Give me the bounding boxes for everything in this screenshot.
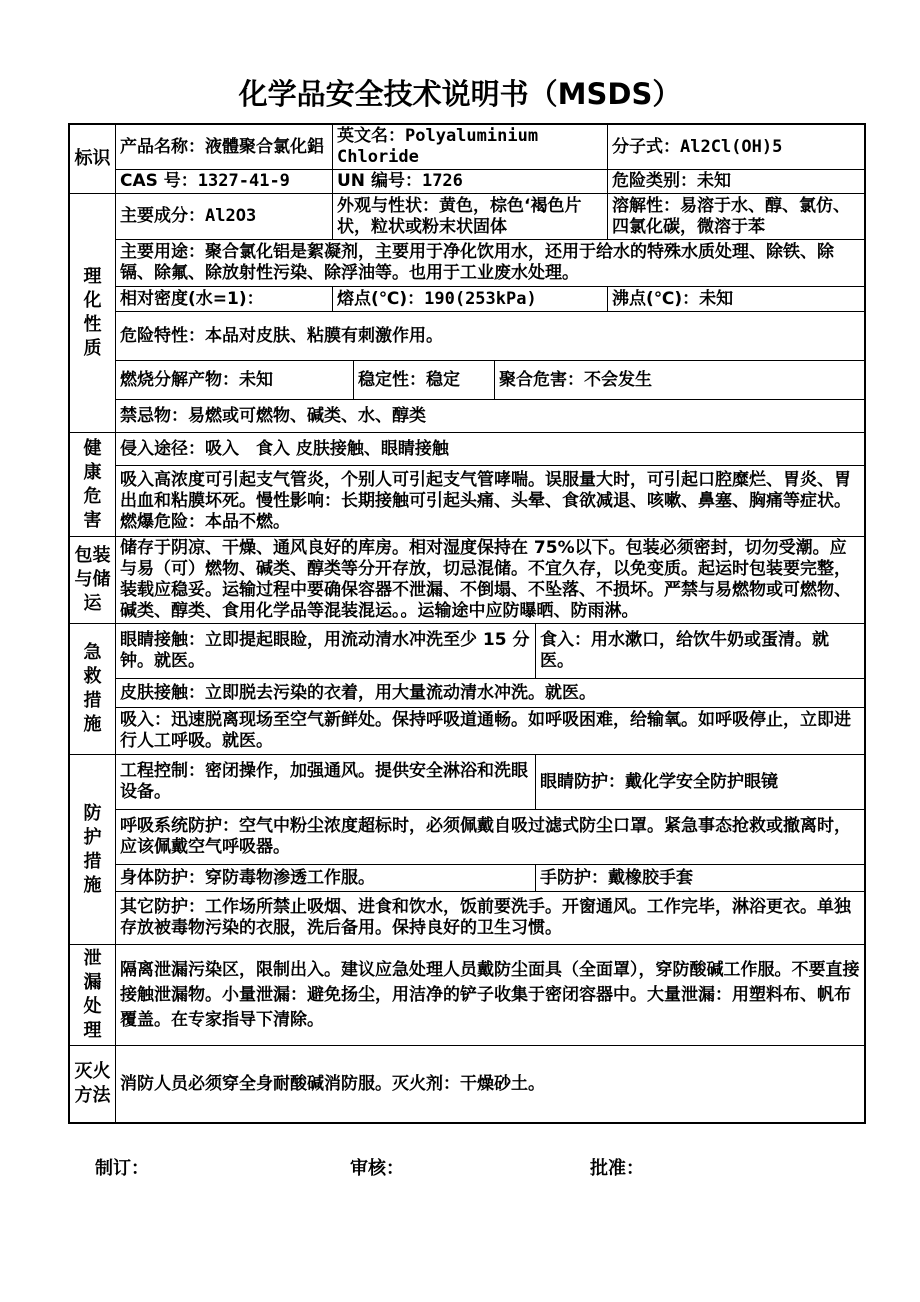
main-component-value: Al2O3: [205, 206, 256, 226]
decomposition-cell: 燃烧分解产物：未知: [116, 361, 354, 399]
product-name-cell: 产品名称：液體聚合氯化鋁: [116, 125, 333, 169]
melting-point-value: 190(253kPa): [424, 289, 537, 309]
physical-row-constants: 相对密度(水=1)： 熔点(℃)：190(253kPa) 沸点(℃)：未知: [116, 287, 864, 312]
section-label-fire-fighting: 灭火 方法: [70, 1046, 116, 1122]
storage-content: 储存于阴凉、干燥、通风良好的库房。相对湿度保持在 75%以下。包装必须密封，切勿…: [116, 537, 864, 623]
first-aid-row-2: 皮肤接触：立即脱去污染的衣着，用大量流动清水冲洗。就医。: [116, 679, 864, 708]
protection-row-3: 身体防护：穿防毒物渗透工作服。 手防护：戴橡胶手套: [116, 865, 864, 892]
physical-row-composition: 主要成分：Al2O3 外观与性状：黄色，棕色‘褐色片状，粒状或粉末状固体 溶解性…: [116, 194, 864, 240]
health-content: 侵入途径：吸入 食入 皮肤接触、眼睛接触 吸入高浓度可引起支气管炎，个别人可引起…: [116, 433, 864, 536]
section-label-physical: 理 化 性 质: [70, 194, 116, 432]
physical-row-incompatibles: 禁忌物：易燃或可燃物、碱类、水、醇类: [116, 400, 864, 432]
effects-cell: 吸入高浓度可引起支气管炎，个别人可引起支气管哮喘。误服量大时，可引起口腔糜烂、胃…: [116, 466, 864, 536]
body-protection-cell: 身体防护：穿防毒物渗透工作服。: [116, 865, 536, 891]
respiratory-protection-cell: 呼吸系统防护：空气中粉尘浓度超标时，必须佩戴自吸过滤式防尘口罩。紧急事态抢救或撤…: [116, 810, 864, 864]
boiling-point-value: 未知: [699, 289, 733, 309]
leakage-content: 隔离泄漏污染区，限制出入。建议应急处理人员戴防尘面具（全面罩），穿防酸碱工作服。…: [116, 945, 864, 1045]
engineering-control-cell: 工程控制：密闭操作，加强通风。提供安全淋浴和洗眼设备。: [116, 755, 536, 809]
section-physical-properties: 理 化 性 质 主要成分：Al2O3 外观与性状：黄色，棕色‘褐色片状，粒状或粉…: [70, 194, 864, 433]
relative-density-label: 相对密度(水=1)：: [120, 289, 264, 309]
health-row-effects: 吸入高浓度可引起支气管炎，个别人可引起支气管哮喘。误服量大时，可引起口腔糜烂、胃…: [116, 466, 864, 536]
english-name-label: 英文名：: [337, 126, 405, 146]
section-label-identification: 标识: [70, 125, 116, 193]
section-health-hazards: 健 康 危 害 侵入途径：吸入 食入 皮肤接触、眼睛接触 吸入高浓度可引起支气管…: [70, 433, 864, 537]
inhalation-cell: 吸入：迅速脱离现场至空气新鲜处。保持呼吸道通畅。如呼吸困难，给输氧。如呼吸停止，…: [116, 708, 864, 754]
fire-fighting-text-cell: 消防人员必须穿全身耐酸碱消防服。灭火剂：干燥砂土。: [116, 1046, 864, 1122]
first-aid-row-3: 吸入：迅速脱离现场至空气新鲜处。保持呼吸道通畅。如呼吸困难，给输氧。如呼吸停止，…: [116, 708, 864, 754]
stability-cell: 稳定性：稳定: [354, 361, 495, 399]
leakage-row: 隔离泄漏污染区，限制出入。建议应急处理人员戴防尘面具（全面罩），穿防酸碱工作服。…: [116, 945, 864, 1045]
melting-point-cell: 熔点(℃)：190(253kPa): [333, 287, 608, 311]
un-value: 1726: [422, 171, 463, 191]
storage-row: 储存于阴凉、干燥、通风良好的库房。相对湿度保持在 75%以下。包装必须密封，切勿…: [116, 537, 864, 623]
physical-row-stability: 燃烧分解产物：未知 稳定性：稳定 聚合危害：不会发生: [116, 361, 864, 400]
physical-content: 主要成分：Al2O3 外观与性状：黄色，棕色‘褐色片状，粒状或粉末状固体 溶解性…: [116, 194, 864, 432]
polymerization-cell: 聚合危害：不会发生: [495, 361, 864, 399]
boiling-point-label: 沸点(℃)：: [612, 289, 699, 309]
solubility-cell: 溶解性：易溶于水、醇、氯仿、四氯化碳，微溶于苯: [608, 194, 864, 239]
section-first-aid: 急 救 措 施 眼睛接触：立即提起眼睑，用流动清水冲洗至少 15 分钟。就医。 …: [70, 624, 864, 755]
protection-row-1: 工程控制：密闭操作，加强通风。提供安全淋浴和洗眼设备。 眼睛防护：戴化学安全防护…: [116, 755, 864, 810]
section-label-storage: 包装 与储 运: [70, 537, 116, 623]
protection-row-2: 呼吸系统防护：空气中粉尘浓度超标时，必须佩戴自吸过滤式防尘口罩。紧急事态抢救或撤…: [116, 810, 864, 865]
relative-density-cell: 相对密度(水=1)：: [116, 287, 333, 311]
hazard-traits-cell: 危险特性：本品对皮肤、粘膜有刺激作用。: [116, 312, 864, 360]
section-leakage: 泄 漏 处 理 隔离泄漏污染区，限制出入。建议应急处理人员戴防尘面具（全面罩），…: [70, 945, 864, 1046]
melting-point-label: 熔点(℃)：: [337, 289, 424, 309]
first-aid-row-1: 眼睛接触：立即提起眼睑，用流动清水冲洗至少 15 分钟。就医。 食入：用水漱口，…: [116, 624, 864, 679]
formula-label: 分子式：: [612, 137, 680, 157]
fire-risk-text: 燃爆危险：本品不燃。: [120, 512, 860, 533]
section-protection: 防 护 措 施 工程控制：密闭操作，加强通风。提供安全淋浴和洗眼设备。 眼睛防护…: [70, 755, 864, 945]
footer-review-label: 审核：: [350, 1154, 590, 1180]
boiling-point-cell: 沸点(℃)：未知: [608, 287, 864, 311]
identification-row-2: CAS 号：1327-41-9 UN 编号：1726 危险类别：未知: [116, 170, 864, 193]
main-component-label: 主要成分：: [120, 206, 205, 226]
signature-footer: 制订： 审核： 批准：: [95, 1154, 920, 1180]
health-row-routes: 侵入途径：吸入 食入 皮肤接触、眼睛接触: [116, 433, 864, 466]
hazard-class-label: 危险类别：: [612, 171, 697, 191]
un-label: UN 编号：: [337, 171, 422, 191]
protection-content: 工程控制：密闭操作，加强通风。提供安全淋浴和洗眼设备。 眼睛防护：戴化学安全防护…: [116, 755, 864, 944]
section-packaging-storage: 包装 与储 运 储存于阴凉、干燥、通风良好的库房。相对湿度保持在 75%以下。包…: [70, 537, 864, 624]
fire-fighting-content: 消防人员必须穿全身耐酸碱消防服。灭火剂：干燥砂土。: [116, 1046, 864, 1122]
routes-cell: 侵入途径：吸入 食入 皮肤接触、眼睛接触: [116, 433, 864, 465]
physical-row-main-use: 主要用途：聚合氯化铝是絮凝剂，主要用于净化饮用水，还用于给水的特殊水质处理、除铁…: [116, 240, 864, 287]
msds-table: 标识 产品名称：液體聚合氯化鋁 英文名：Polyaluminium Chlori…: [68, 123, 866, 1124]
hand-protection-cell: 手防护：戴橡胶手套: [536, 865, 864, 891]
appearance-cell: 外观与性状：黄色，棕色‘褐色片状，粒状或粉末状固体: [333, 194, 608, 239]
cas-label: CAS 号：: [120, 171, 198, 191]
other-protection-cell: 其它防护：工作场所禁止吸烟、进食和饮水，饭前要洗手。开窗通风。工作完毕，淋浴更衣…: [116, 892, 864, 944]
fire-fighting-row: 消防人员必须穿全身耐酸碱消防服。灭火剂：干燥砂土。: [116, 1046, 864, 1122]
hazard-class-value: 未知: [697, 171, 731, 191]
formula-value: Al2Cl(OH)5: [680, 137, 782, 157]
first-aid-content: 眼睛接触：立即提起眼睑，用流动清水冲洗至少 15 分钟。就医。 食入：用水漱口，…: [116, 624, 864, 754]
protection-row-4: 其它防护：工作场所禁止吸烟、进食和饮水，饭前要洗手。开窗通风。工作完毕，淋浴更衣…: [116, 892, 864, 944]
english-name-cell: 英文名：Polyaluminium Chloride: [333, 125, 608, 169]
eye-contact-cell: 眼睛接触：立即提起眼睑，用流动清水冲洗至少 15 分钟。就医。: [116, 624, 536, 678]
main-use-cell: 主要用途：聚合氯化铝是絮凝剂，主要用于净化饮用水，还用于给水的特殊水质处理、除铁…: [116, 240, 864, 286]
eye-protection-cell: 眼睛防护：戴化学安全防护眼镜: [536, 755, 864, 809]
ingestion-cell: 食入：用水漱口，给饮牛奶或蛋清。就医。: [536, 624, 864, 678]
cas-cell: CAS 号：1327-41-9: [116, 170, 333, 193]
section-label-first-aid: 急 救 措 施: [70, 624, 116, 754]
incompatibles-cell: 禁忌物：易燃或可燃物、碱类、水、醇类: [116, 400, 864, 432]
formula-cell: 分子式：Al2Cl(OH)5: [608, 125, 864, 169]
hazard-class-cell: 危险类别：未知: [608, 170, 864, 193]
product-name-value: 液體聚合氯化鋁: [205, 137, 324, 157]
main-component-cell: 主要成分：Al2O3: [116, 194, 333, 239]
identification-row-1: 产品名称：液體聚合氯化鋁 英文名：Polyaluminium Chloride …: [116, 125, 864, 170]
footer-draft-label: 制订：: [95, 1154, 350, 1180]
msds-page: 化学品安全技术说明书（MSDS） 标识 产品名称：液體聚合氯化鋁 英文名：Pol…: [0, 0, 920, 1180]
section-identification: 标识 产品名称：液體聚合氯化鋁 英文名：Polyaluminium Chlori…: [70, 125, 864, 194]
skin-contact-cell: 皮肤接触：立即脱去污染的衣着，用大量流动清水冲洗。就医。: [116, 679, 864, 707]
cas-value: 1327-41-9: [198, 171, 290, 191]
section-label-leakage: 泄 漏 处 理: [70, 945, 116, 1045]
storage-text-cell: 储存于阴凉、干燥、通风良好的库房。相对湿度保持在 75%以下。包装必须密封，切勿…: [116, 537, 864, 623]
physical-row-hazard-traits: 危险特性：本品对皮肤、粘膜有刺激作用。: [116, 312, 864, 361]
product-name-label: 产品名称：: [120, 137, 205, 157]
leakage-text-cell: 隔离泄漏污染区，限制出入。建议应急处理人员戴防尘面具（全面罩），穿防酸碱工作服。…: [116, 945, 864, 1045]
section-label-protection: 防 护 措 施: [70, 755, 116, 944]
identification-content: 产品名称：液體聚合氯化鋁 英文名：Polyaluminium Chloride …: [116, 125, 864, 193]
section-fire-fighting: 灭火 方法 消防人员必须穿全身耐酸碱消防服。灭火剂：干燥砂土。: [70, 1046, 864, 1122]
health-effects-text: 吸入高浓度可引起支气管炎，个别人可引起支气管哮喘。误服量大时，可引起口腔糜烂、胃…: [120, 470, 860, 512]
section-label-health: 健 康 危 害: [70, 433, 116, 536]
page-title: 化学品安全技术说明书（MSDS）: [0, 72, 920, 113]
footer-approve-label: 批准：: [590, 1154, 644, 1180]
un-cell: UN 编号：1726: [333, 170, 608, 193]
